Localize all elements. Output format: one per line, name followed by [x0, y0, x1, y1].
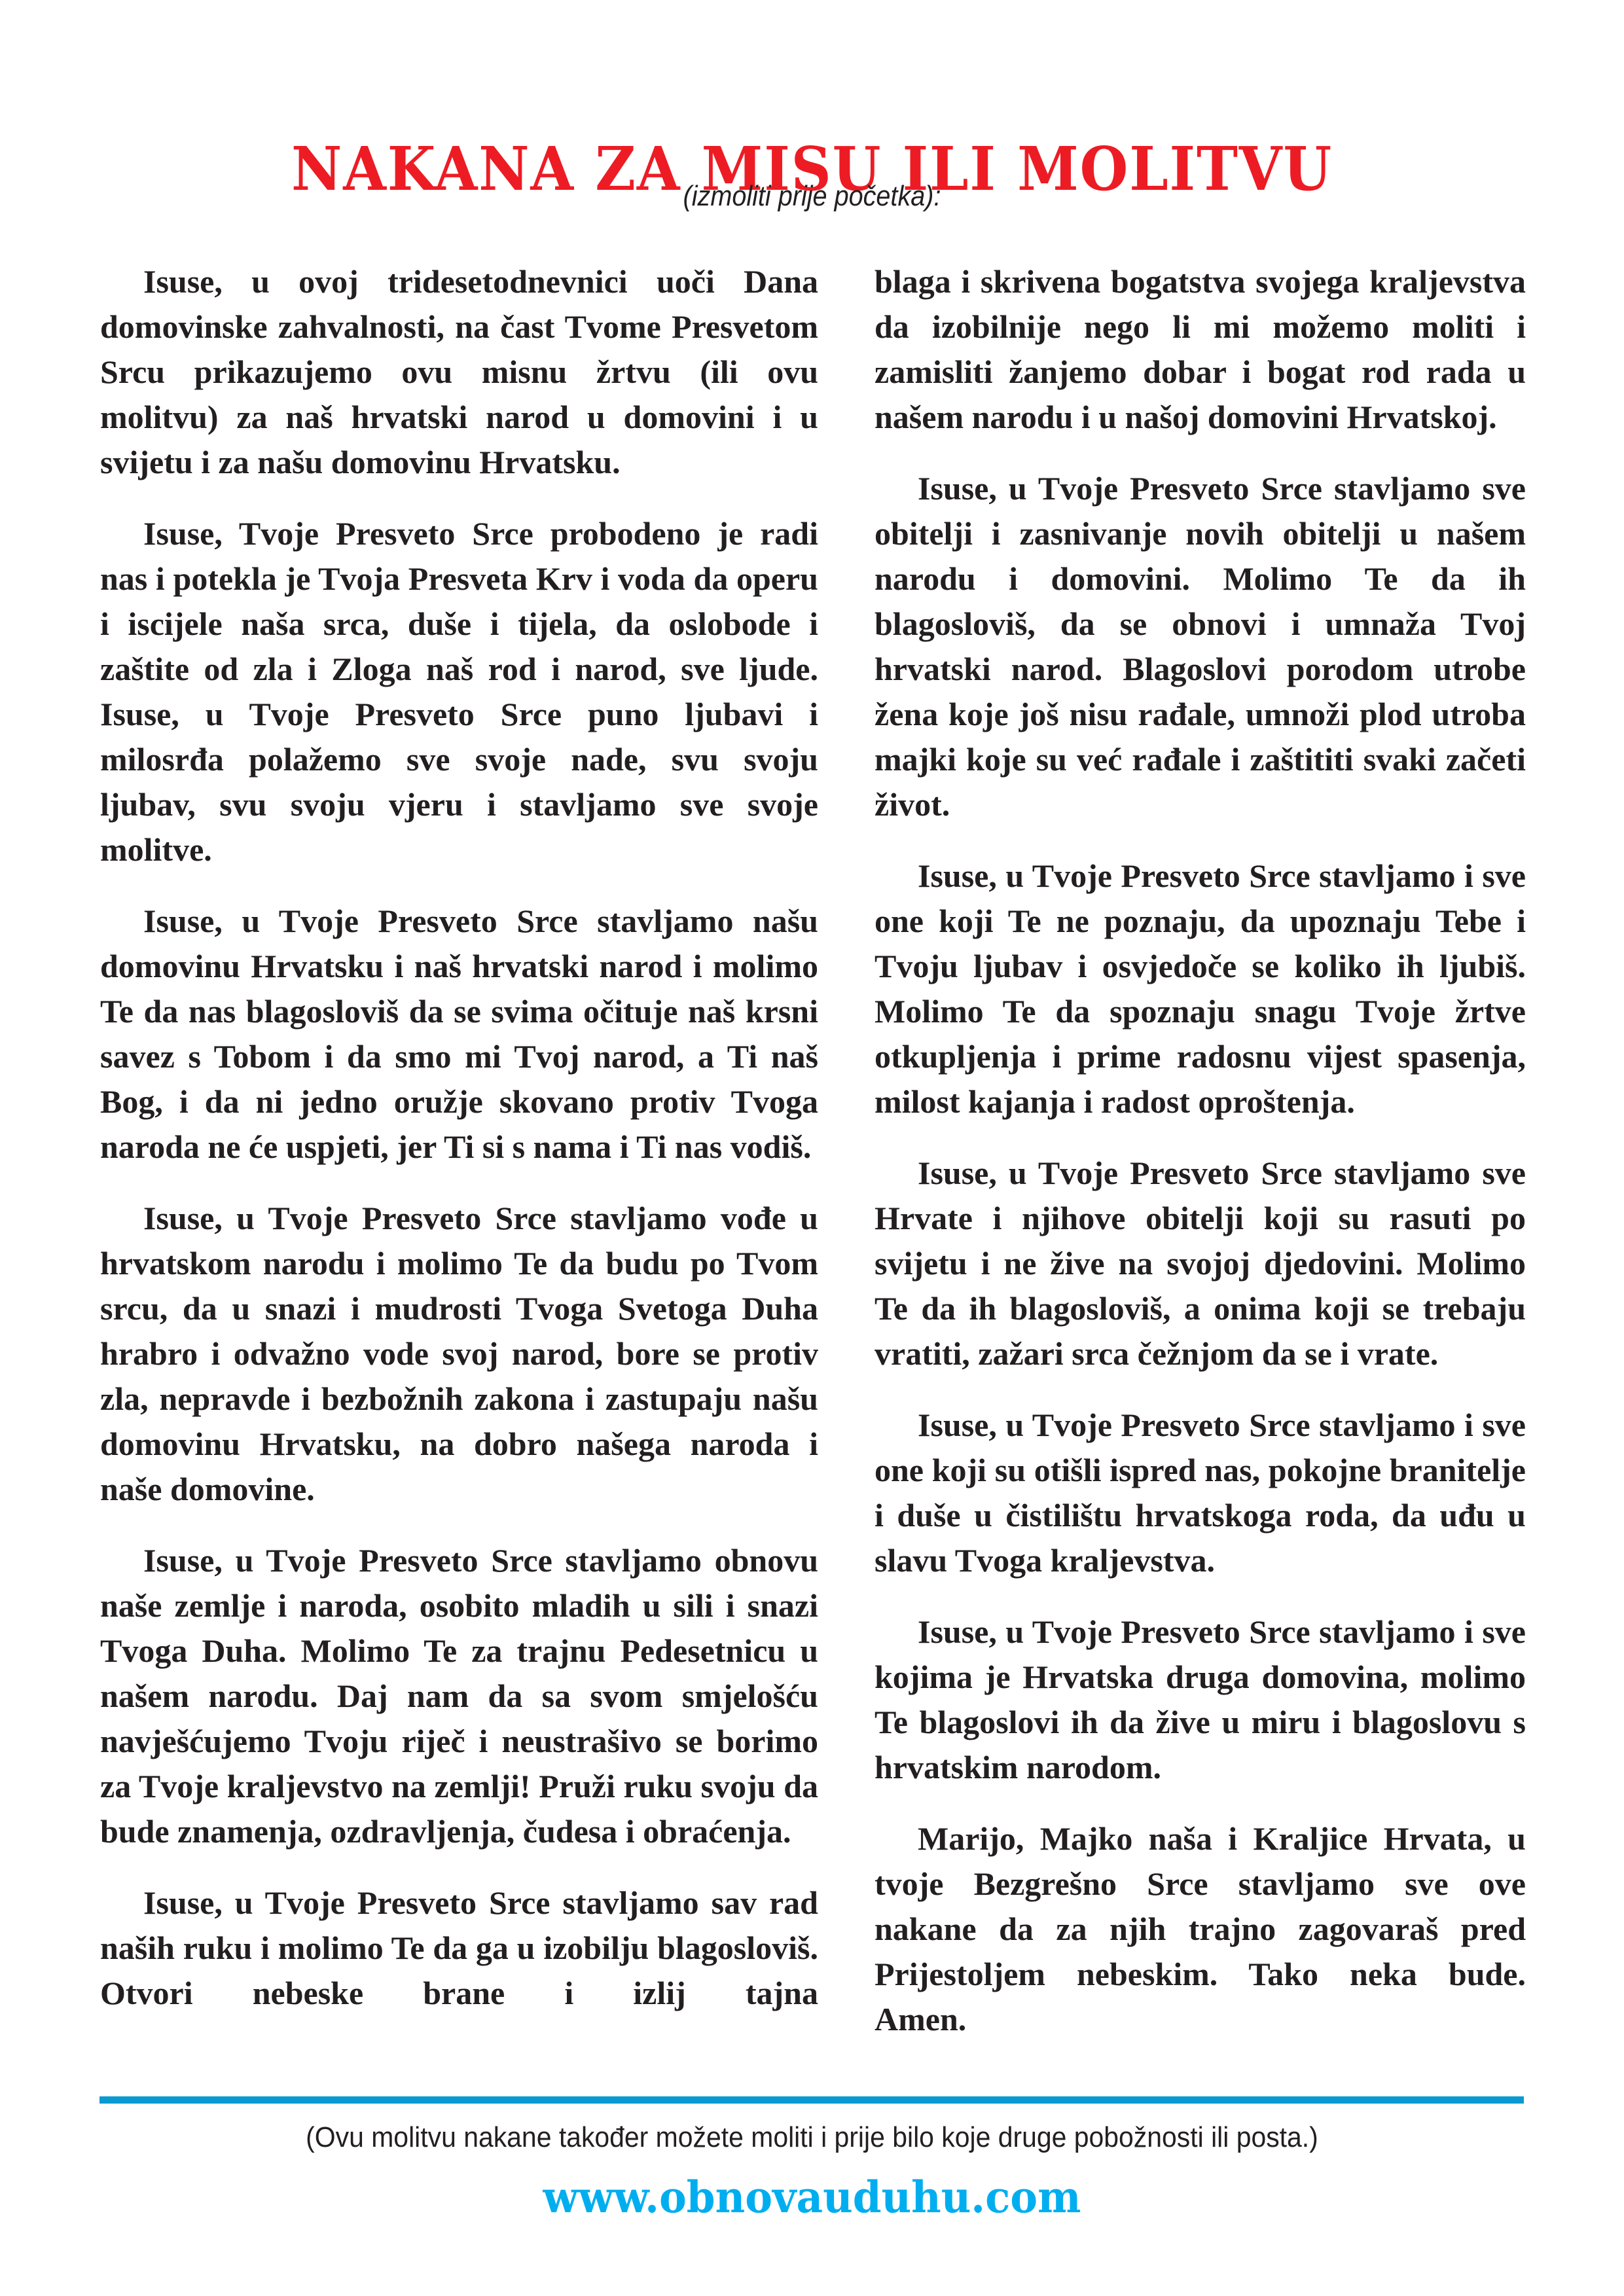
prayer-paragraph-4: Isuse, u Tvoje Presveto Srce stavljamo v…	[100, 1196, 818, 1512]
prayer-paragraph-3: Isuse, u Tvoje Presveto Srce stavljamo n…	[100, 899, 818, 1170]
prayer-paragraph-1: Isuse, u ovoj tridesetodnevnici uoči Dan…	[100, 259, 818, 485]
prayer-paragraph-6-continued: blaga i skrivena bogatstva svojega kralj…	[875, 259, 1526, 440]
prayer-paragraph-marian: Marijo, Majko naša i Kraljice Hrvata, u …	[875, 1816, 1526, 2042]
footer-divider	[99, 2096, 1524, 2104]
prayer-paragraph-10: Isuse, u Tvoje Presveto Srce stavljamo i…	[875, 1403, 1526, 1583]
right-column: blaga i skrivena bogatstva svojega kralj…	[875, 259, 1526, 2068]
page-subtitle: (izmoliti prije početka):	[81, 182, 1543, 211]
footer-note: (Ovu molitvu nakane također možete molit…	[57, 2121, 1567, 2155]
website-link[interactable]: www.obnovauduhu.com	[41, 2172, 1583, 2223]
prayer-paragraph-2: Isuse, Tvoje Presveto Srce probodeno je …	[100, 511, 818, 872]
left-column: Isuse, u ovoj tridesetodnevnici uoči Dan…	[100, 259, 818, 2042]
prayer-paragraph-9: Isuse, u Tvoje Presveto Srce stavljamo s…	[875, 1151, 1526, 1376]
prayer-paragraph-8: Isuse, u Tvoje Presveto Srce stavljamo i…	[875, 853, 1526, 1124]
prayer-paragraph-6: Isuse, u Tvoje Presveto Srce stavljamo s…	[100, 1880, 818, 2016]
prayer-paragraph-11: Isuse, u Tvoje Presveto Srce stavljamo i…	[875, 1609, 1526, 1790]
prayer-paragraph-7: Isuse, u Tvoje Presveto Srce stavljamo s…	[875, 466, 1526, 827]
prayer-paragraph-5: Isuse, u Tvoje Presveto Srce stavljamo o…	[100, 1538, 818, 1854]
